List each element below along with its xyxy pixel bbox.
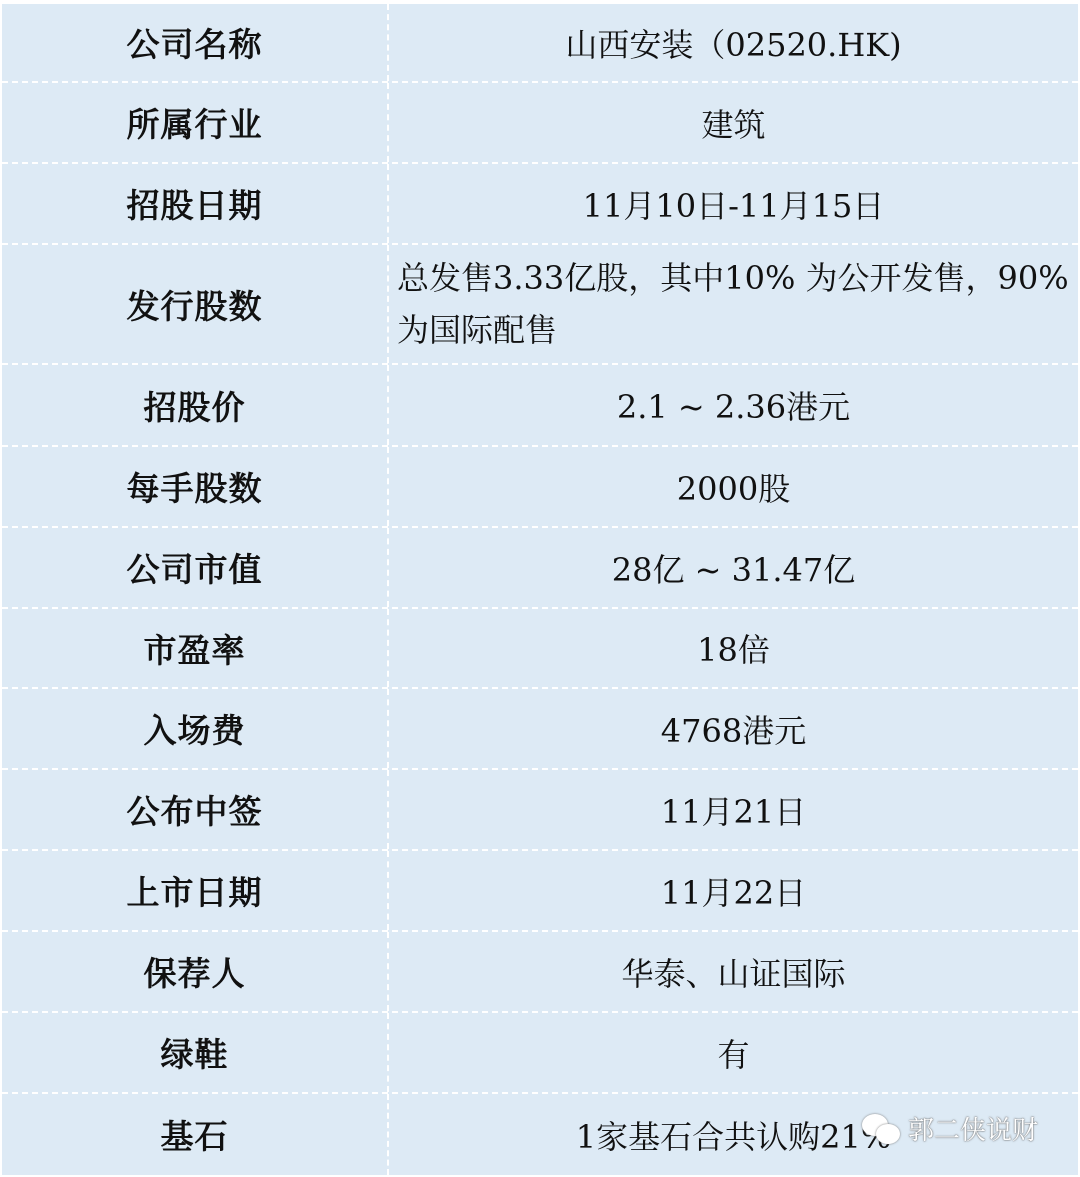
wechat-icon [862, 1112, 902, 1146]
row-label: 招股价 [2, 365, 389, 445]
row-label: 每手股数 [2, 447, 389, 526]
row-label: 发行股数 [2, 245, 389, 363]
row-value: 2000股 [389, 447, 1078, 526]
table-row: 公司名称 山西安装（02520.HK) [2, 4, 1078, 83]
row-value: 建筑 [389, 83, 1078, 162]
table-row: 市盈率 18倍 [2, 609, 1078, 689]
row-label: 公司市值 [2, 528, 389, 607]
row-value: 11月21日 [389, 770, 1078, 849]
table-row: 保荐人 华泰、山证国际 [2, 932, 1078, 1013]
watermark: 郭二侠说财 [862, 1110, 1038, 1147]
ipo-info-table: 公司名称 山西安装（02520.HK) 所属行业 建筑 招股日期 11月10日-… [2, 4, 1078, 1175]
row-label: 所属行业 [2, 83, 389, 162]
row-label: 入场费 [2, 689, 389, 768]
row-value: 2.1 ~ 2.36港元 [389, 365, 1078, 445]
table-row: 所属行业 建筑 [2, 83, 1078, 164]
row-label: 上市日期 [2, 851, 389, 930]
row-value: 18倍 [389, 609, 1078, 687]
table-row: 招股价 2.1 ~ 2.36港元 [2, 365, 1078, 447]
row-value: 28亿 ~ 31.47亿 [389, 528, 1078, 607]
table-row: 发行股数 总发售3.33亿股，其中10% 为公开发售，90% 为国际配售 [2, 245, 1078, 365]
row-value: 11月10日-11月15日 [389, 164, 1078, 243]
row-label: 公司名称 [2, 4, 389, 81]
row-label: 保荐人 [2, 932, 389, 1011]
row-value: 4768港元 [389, 689, 1078, 768]
row-value: 山西安装（02520.HK) [389, 4, 1078, 81]
table-row: 绿鞋 有 [2, 1013, 1078, 1094]
row-label: 绿鞋 [2, 1013, 389, 1092]
table-row: 招股日期 11月10日-11月15日 [2, 164, 1078, 245]
row-label: 公布中签 [2, 770, 389, 849]
row-label: 招股日期 [2, 164, 389, 243]
row-value: 11月22日 [389, 851, 1078, 930]
row-value: 总发售3.33亿股，其中10% 为公开发售，90% 为国际配售 [389, 245, 1078, 363]
row-value: 华泰、山证国际 [389, 932, 1078, 1011]
row-label: 市盈率 [2, 609, 389, 687]
table-row: 上市日期 11月22日 [2, 851, 1078, 932]
row-label: 基石 [2, 1094, 389, 1175]
watermark-text: 郭二侠说财 [908, 1110, 1038, 1147]
table-row: 每手股数 2000股 [2, 447, 1078, 528]
table-row: 公布中签 11月21日 [2, 770, 1078, 851]
table-row: 公司市值 28亿 ~ 31.47亿 [2, 528, 1078, 609]
table-row: 入场费 4768港元 [2, 689, 1078, 770]
row-value: 有 [389, 1013, 1078, 1092]
